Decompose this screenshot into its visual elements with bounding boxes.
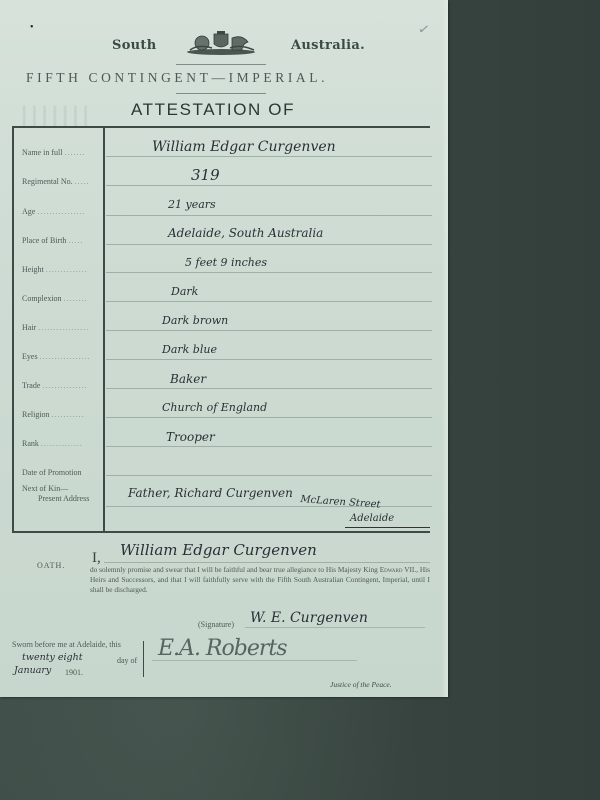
table-left-border [12,126,14,532]
row-line [106,215,432,216]
justice-signature-line [152,660,357,661]
oath-text: do solemnly promise and swear that I wil… [90,565,430,595]
field-value-line3: Adelaide [350,513,394,524]
signature-value: W. E. Curgenven [250,610,368,626]
field-value: 5 feet 9 inches [185,256,267,269]
row-line [106,301,432,302]
justice-title: Justice of the Peace. [330,680,392,689]
sworn-month: January [14,665,51,676]
sworn-bracket [143,641,144,677]
field-label: Height [22,265,44,274]
oath-text-part1: do solemnly promise and swear that I wil… [90,565,380,574]
field-label: Name in full [22,148,62,157]
sworn-day: twenty eight [22,652,83,663]
field-value: William Edgar Curgenven [152,139,336,155]
signature-line [245,627,425,628]
field-label: Rank [22,439,39,448]
field-label: Complexion [22,294,62,303]
field-label: Hair [22,323,36,332]
header-rule-bottom [176,93,266,94]
ink-dot-mark: • [30,22,34,33]
field-value: Dark brown [162,314,228,327]
oath-label: OATH. [37,561,65,570]
sworn-year: 1901. [65,668,83,677]
sworn-day-of: day of [117,656,137,665]
row-line [106,506,432,507]
row-line [106,244,432,245]
form-title: ATTESTATION OF [131,100,295,120]
header-word-australia: Australia. [291,38,365,53]
row-line [106,330,432,331]
row-line [106,272,432,273]
table-top-border [12,126,430,128]
field-value: Dark [171,285,198,298]
row-line [106,417,432,418]
row-line [106,388,432,389]
row-line [106,446,432,447]
field-value: Church of England [162,401,267,414]
signature-label: (Signature) [198,620,234,629]
row-line [106,475,432,476]
contingent-title: FIFTH CONTINGENT—IMPERIAL. [26,70,328,86]
row-line [106,156,432,157]
field-value: Baker [170,372,206,386]
field-value: 21 years [168,198,216,211]
table-column-divider [103,126,105,532]
oath-king-name: Edward [380,565,403,574]
field-label-sub: Present Address [38,494,89,503]
field-value-line2: McLaren Street [300,494,381,511]
check-mark-icon: ✓ [417,21,431,39]
justice-signature: E.A. Roberts [158,636,287,661]
field-label: Age [22,207,35,216]
field-label: Eyes [22,352,38,361]
field-label: Next of Kin— [22,484,68,493]
field-label: Date of Promotion [22,468,82,477]
field-value: Adelaide, South Australia [168,226,323,240]
field-value: 319 [191,166,220,184]
row-line [106,359,432,360]
row-line [106,185,432,186]
coat-of-arms-icon [184,30,258,56]
field-value: Father, Richard Curgenven [128,486,293,500]
field-label: Trade [22,381,40,390]
sworn-text: Sworn before me at Adelaide, this [12,640,121,649]
attestation-paper: • ✓ South Australia. FIFTH CONTINGENT—IM… [0,0,448,697]
header-rule-top [176,64,266,65]
field-label: Place of Birth [22,236,66,245]
oath-name: William Edgar Curgenven [120,541,317,559]
oath-name-line [104,562,430,563]
address-underline [345,527,430,528]
field-label: Regimental No. [22,177,73,186]
field-label: Religion [22,410,50,419]
bleed-through-watermark: ⅠⅠⅠⅠⅠⅠⅠ [20,100,92,134]
table-bottom-border [12,531,430,533]
header-word-south: South [112,38,156,53]
field-value: Dark blue [162,343,217,356]
field-value: Trooper [166,430,215,444]
